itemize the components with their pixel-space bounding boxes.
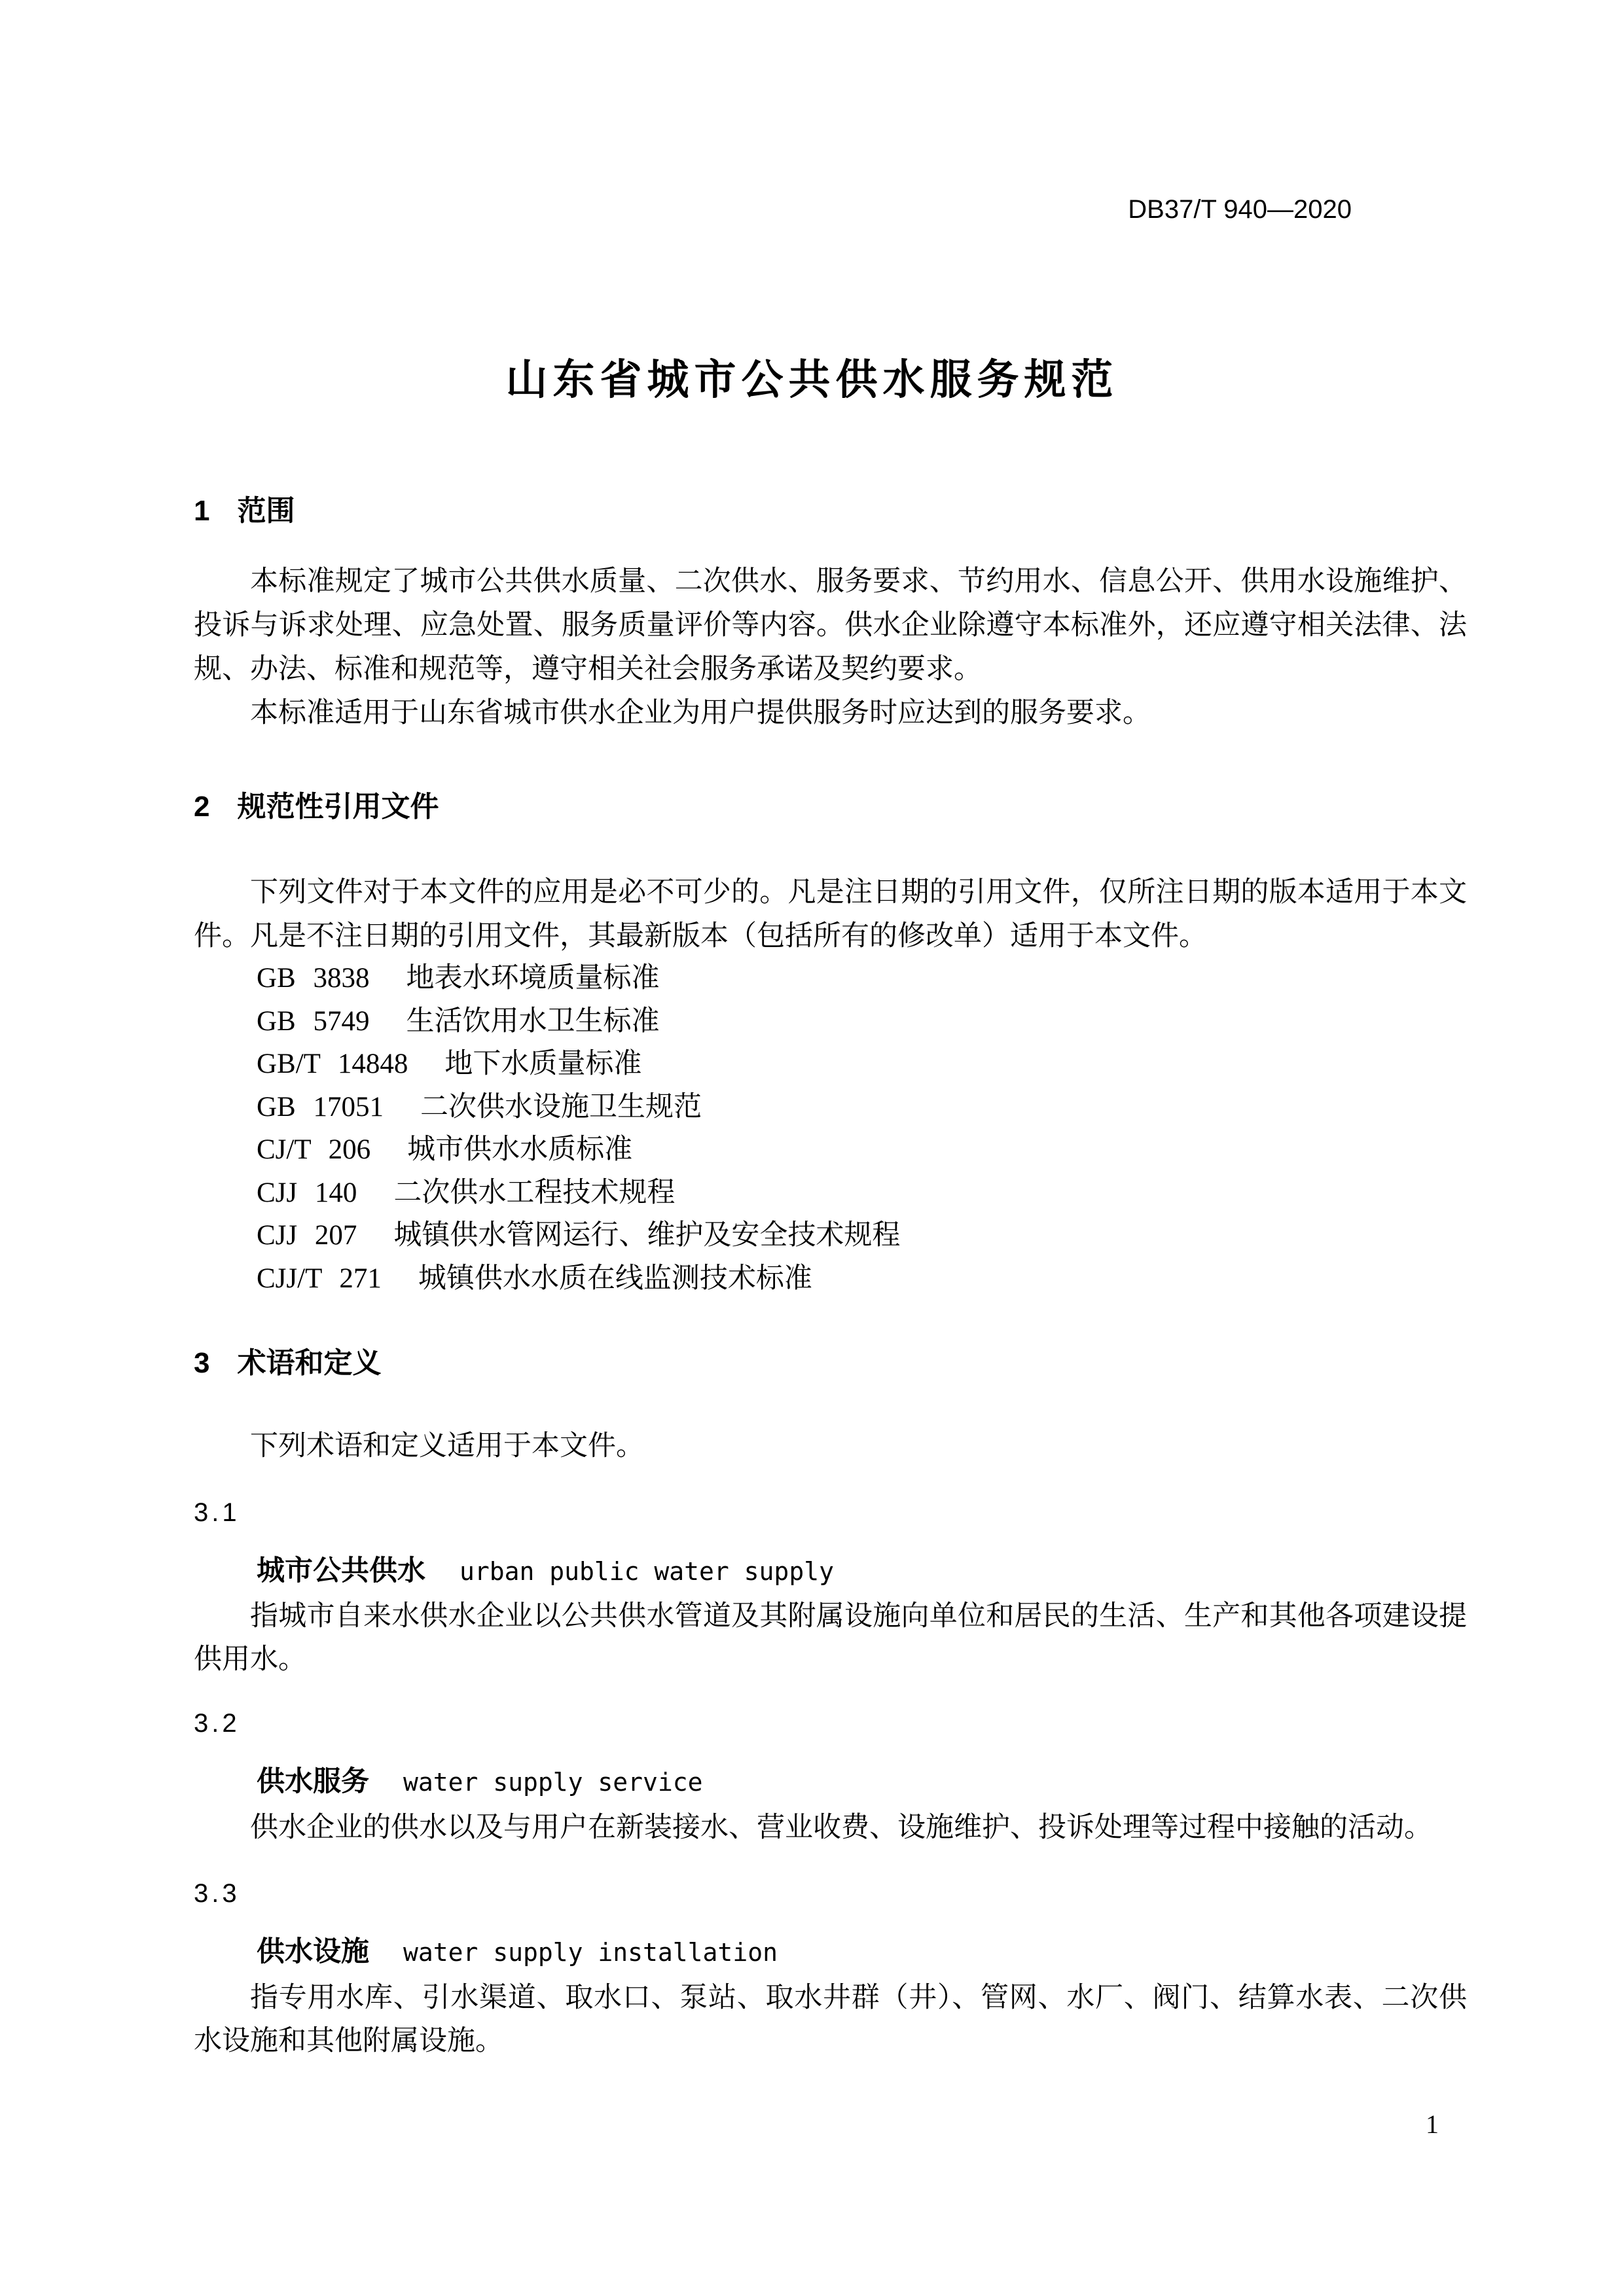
reference-item: GB/T 14848地下水质量标准 (194, 1043, 1467, 1086)
reference-code: GB 5749 (257, 1006, 369, 1037)
reference-item: CJ/T 206城市供水水质标准 (194, 1128, 1467, 1172)
reference-item: CJJ 207城镇供水管网运行、维护及安全技术规程 (194, 1214, 1467, 1257)
reference-code: CJJ/T 271 (257, 1263, 382, 1294)
clause-3-1-term: 城市公共供水urban public water supply (194, 1552, 1467, 1596)
reference-title: 地下水质量标准 (444, 1049, 641, 1079)
section-1-paragraph-2: 本标准适用于山东省城市供水企业为用户提供服务时应达到的服务要求。 (194, 691, 1467, 735)
reference-item: GB 5749生活饮用水卫生标准 (194, 1000, 1467, 1043)
section-1-body: 本标准规定了城市公共供水质量、二次供水、服务要求、节约用水、信息公开、供用水设施… (194, 560, 1467, 735)
section-1-label: 范围 (237, 495, 295, 527)
reference-title: 二次供水工程技术规程 (393, 1177, 675, 1208)
reference-title: 生活饮用水卫生标准 (406, 1006, 659, 1037)
clause-3-2-term: 供水服务water supply service (194, 1763, 1467, 1806)
term-english: urban public water supply (460, 1557, 834, 1586)
reference-code: CJJ 207 (257, 1220, 357, 1251)
reference-code: GB 3838 (257, 963, 369, 994)
reference-item: CJJ 140二次供水工程技术规程 (194, 1172, 1467, 1215)
reference-code: CJ/T 206 (257, 1134, 370, 1165)
term-chinese: 供水服务 (257, 1766, 369, 1797)
clause-3-3-number: 3.3 (194, 1878, 1467, 1909)
reference-item: GB 3838地表水环境质量标准 (194, 957, 1467, 1000)
clause-3-2-definition: 供水企业的供水以及与用户在新装接水、营业收费、设施维护、投诉处理等过程中接触的活… (194, 1806, 1467, 1850)
section-2-label: 规范性引用文件 (237, 791, 439, 823)
section-1-paragraph-1: 本标准规定了城市公共供水质量、二次供水、服务要求、节约用水、信息公开、供用水设施… (194, 560, 1467, 691)
doc-title: 山东省城市公共供水服务规范 (0, 357, 1624, 403)
term-chinese: 供水设施 (257, 1936, 369, 1967)
section-3-intro: 下列术语和定义适用于本文件。 (194, 1424, 1467, 1468)
section-1-number: 1 (194, 495, 209, 527)
reference-title: 二次供水设施卫生规范 (420, 1092, 702, 1122)
section-3-label: 术语和定义 (237, 1347, 381, 1379)
reference-code: GB/T 14848 (257, 1049, 408, 1079)
clause-3-1-number: 3.1 (194, 1498, 1467, 1528)
doc-code: DB37/T 940—2020 (194, 195, 1352, 224)
section-2-number: 2 (194, 791, 209, 823)
clause-3-1-definition: 指城市自来水供水企业以公共供水管道及其附属设施向单位和居民的生活、生产和其他各项… (194, 1595, 1467, 1681)
reference-code: CJJ 140 (257, 1177, 357, 1208)
reference-title: 城镇供水水质在线监测技术标准 (418, 1263, 812, 1294)
references-list: GB 3838地表水环境质量标准 GB 5749生活饮用水卫生标准 GB/T 1… (194, 957, 1467, 1300)
clause-3-2-number: 3.2 (194, 1708, 1467, 1738)
term-chinese: 城市公共供水 (257, 1555, 425, 1587)
reference-code: GB 17051 (257, 1092, 384, 1122)
reference-item: CJJ/T 271城镇供水水质在线监测技术标准 (194, 1257, 1467, 1300)
section-1-heading: 1范围 (194, 495, 1467, 528)
section-3-intro-paragraph: 下列术语和定义适用于本文件。 (194, 1424, 1467, 1468)
section-2-heading: 2规范性引用文件 (194, 791, 1467, 823)
page-number: 1 (1426, 2109, 1439, 2140)
clause-3-3-term: 供水设施water supply installation (194, 1933, 1467, 1977)
reference-item: GB 17051二次供水设施卫生规范 (194, 1086, 1467, 1129)
term-english: water supply installation (403, 1938, 778, 1967)
reference-title: 城镇供水管网运行、维护及安全技术规程 (393, 1220, 900, 1251)
clause-3-3-definition: 指专用水库、引水渠道、取水口、泵站、取水井群（井）、管网、水厂、阀门、结算水表、… (194, 1977, 1467, 2063)
reference-title: 地表水环境质量标准 (406, 963, 659, 994)
section-3-number: 3 (194, 1347, 209, 1379)
reference-title: 城市供水水质标准 (407, 1134, 632, 1165)
section-2-intro-paragraph: 下列文件对于本文件的应用是必不可少的。凡是注日期的引用文件，仅所注日期的版本适用… (194, 870, 1467, 958)
section-3-heading: 3术语和定义 (194, 1347, 1467, 1380)
section-2-intro: 下列文件对于本文件的应用是必不可少的。凡是注日期的引用文件，仅所注日期的版本适用… (194, 870, 1467, 958)
document-page: DB37/T 940—2020 山东省城市公共供水服务规范 1范围 本标准规定了… (0, 0, 1624, 2296)
term-english: water supply service (403, 1768, 703, 1797)
